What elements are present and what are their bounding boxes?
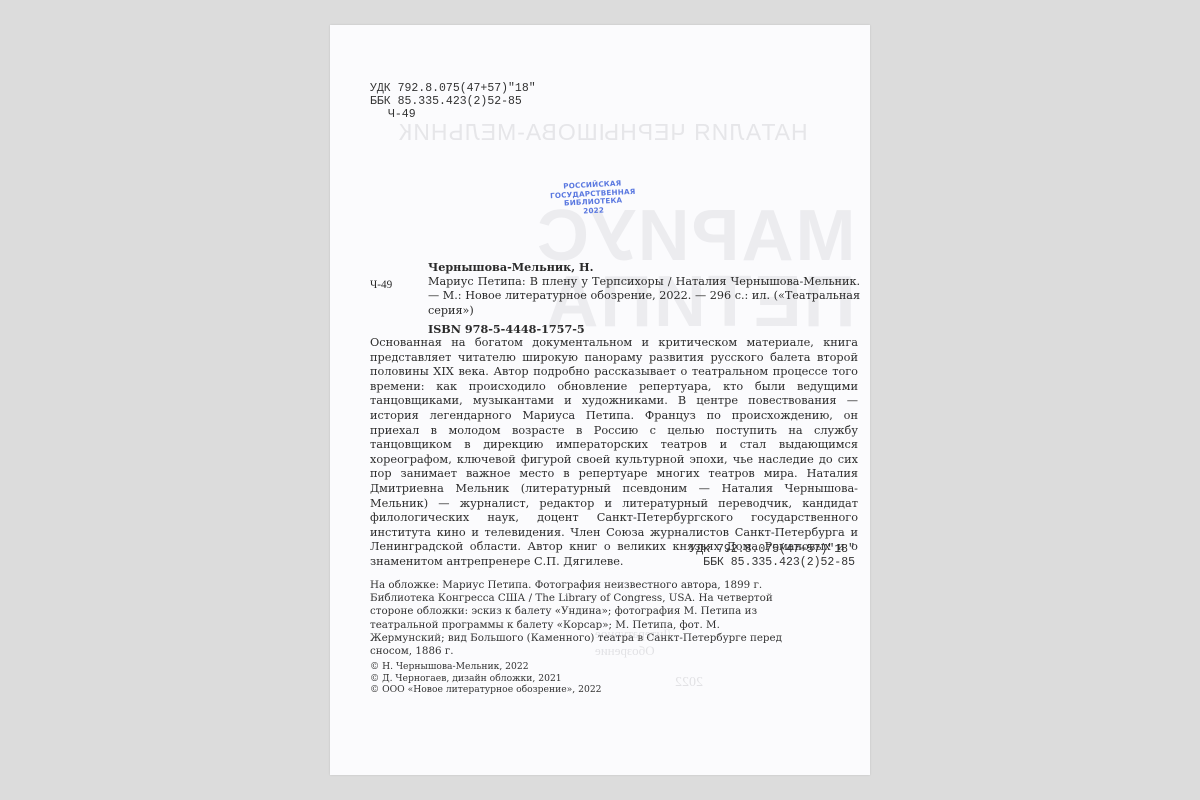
library-stamp: РОССИЙСКАЯ ГОСУДАРСТВЕННАЯ БИБЛИОТЕКА 20…: [537, 178, 649, 218]
catalog-author-mark: Ч-49: [370, 279, 392, 291]
cover-credits: На обложке: Мариус Петипа. Фотография не…: [370, 579, 790, 658]
book-page: НАТАЛИЯ ЧЕРНЫШОВА-МЕЛЬНИК МАРИУС ПЕТИПА …: [330, 25, 870, 775]
ghost-author-text: НАТАЛИЯ ЧЕРНЫШОВА-МЕЛЬНИК: [398, 119, 808, 146]
udk-code: УДК 792.8.075(47+57)"18": [689, 543, 855, 556]
copyright-line: © Н. Чернышова-Мельник, 2022: [370, 661, 602, 673]
classification-codes-top: УДК 792.8.075(47+57)"18" ББК 85.335.423(…: [370, 82, 536, 121]
isbn: ISBN 978-5-4448-1757-5: [428, 322, 860, 337]
classification-codes-bottom: УДК 792.8.075(47+57)"18" ББК 85.335.423(…: [689, 543, 855, 569]
catalog-entry: Чернышова-Мельник, Н. Мариус Петипа: В п…: [428, 260, 860, 337]
copyright-line: © ООО «Новое литературное обозрение», 20…: [370, 684, 602, 696]
bbk-code: ББК 85.335.423(2)52-85: [370, 95, 536, 108]
abstract-paragraph: Основанная на богатом документальном и к…: [370, 336, 858, 570]
copyright-block: © Н. Чернышова-Мельник, 2022 © Д. Черног…: [370, 661, 602, 696]
author-mark: Ч-49: [370, 108, 536, 121]
bbk-code: ББК 85.335.423(2)52-85: [689, 556, 855, 569]
udk-code: УДК 792.8.075(47+57)"18": [370, 82, 536, 95]
ghost-year-text: 2022: [675, 675, 703, 691]
catalog-description: Мариус Петипа: В плену у Терпсихоры / На…: [428, 275, 860, 319]
copyright-line: © Д. Черногаев, дизайн обложки, 2021: [370, 673, 602, 685]
catalog-author: Чернышова-Мельник, Н.: [428, 260, 860, 275]
